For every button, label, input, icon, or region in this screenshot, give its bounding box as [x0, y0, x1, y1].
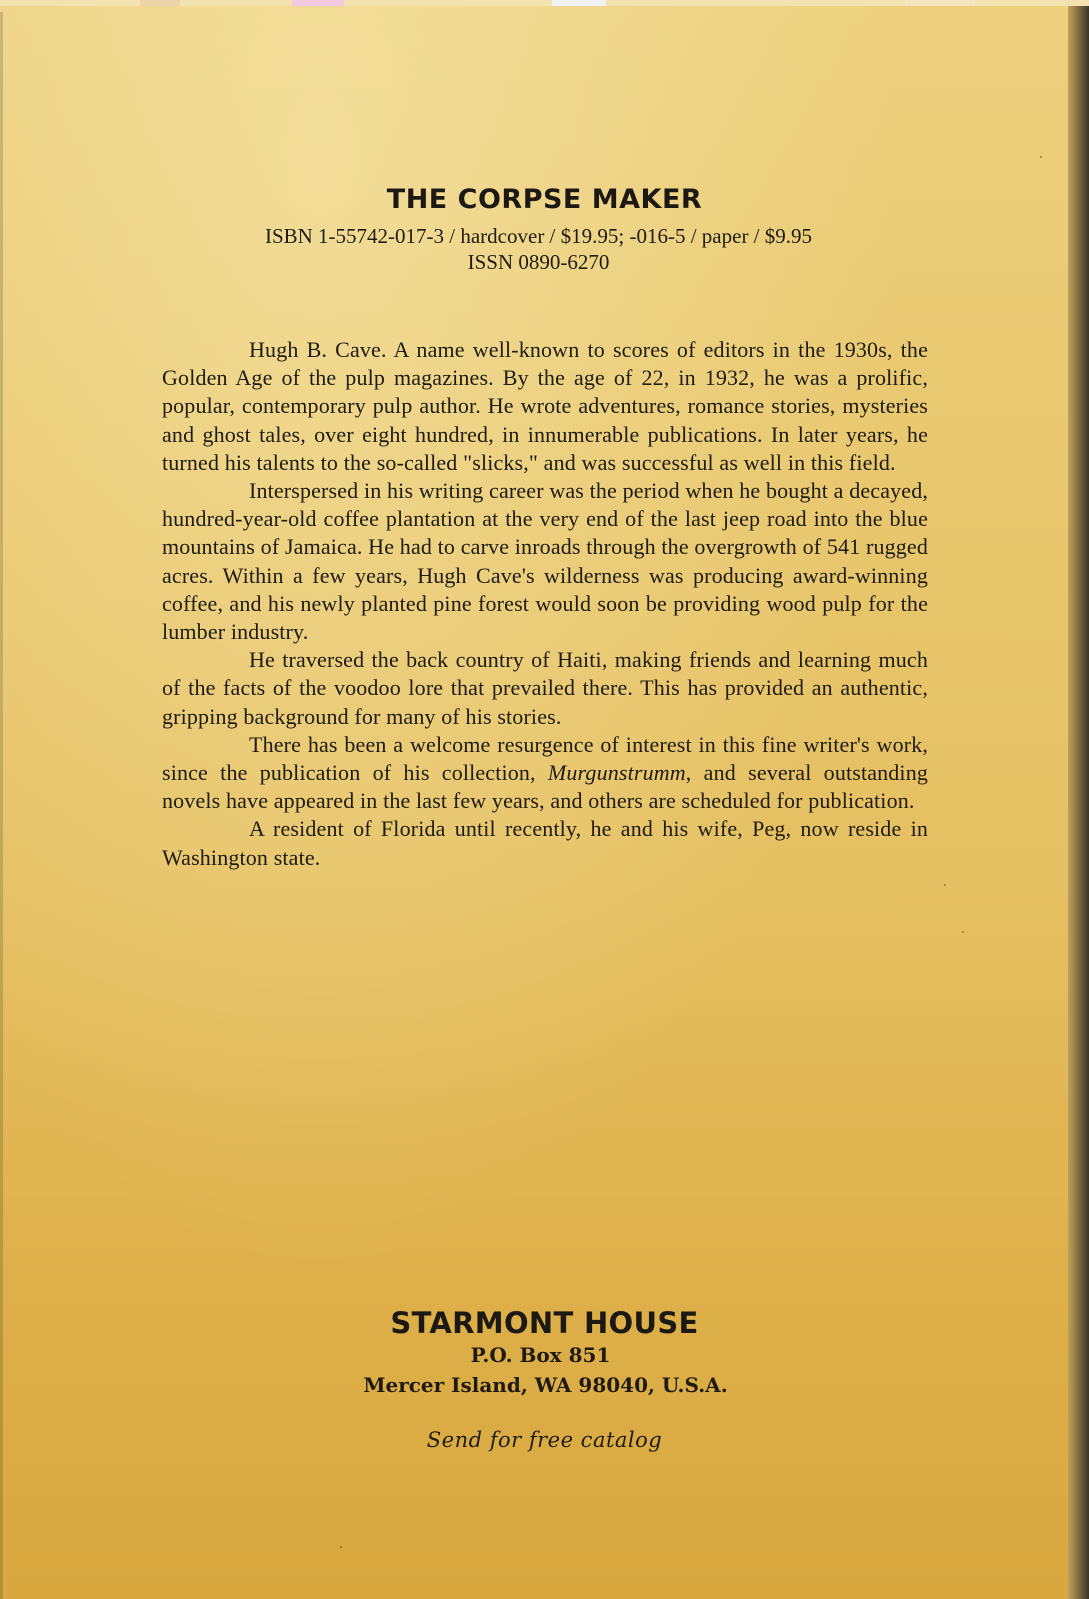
book-title: THE CORPSE MAKER [0, 184, 1089, 215]
publisher-name: STARMONT HOUSE [0, 1306, 1089, 1340]
bio-paragraph: Hugh B. Cave. A name well-known to score… [162, 336, 928, 477]
bio-paragraph: A resident of Florida until recently, he… [162, 815, 928, 871]
cover-right-edge-shadow [1068, 6, 1089, 1599]
paper-speck [944, 884, 946, 886]
book-title-reference: Murgunstrumm [548, 760, 686, 785]
paper-speck [962, 931, 964, 933]
book-back-cover: THE CORPSE MAKER ISBN 1-55742-017-3 / ha… [0, 6, 1068, 1599]
paper-speck [340, 1546, 342, 1548]
catalog-note: Send for free catalog [0, 1428, 1089, 1452]
paper-speck [1040, 156, 1042, 158]
author-biography: Hugh B. Cave. A name well-known to score… [162, 336, 928, 872]
isbn-line: ISBN 1-55742-017-3 / hardcover / $19.95;… [0, 224, 1083, 249]
publisher-address-line2: Mercer Island, WA 98040, U.S.A. [1, 1373, 1089, 1397]
bio-paragraph: He traversed the back country of Haiti, … [162, 646, 928, 731]
bio-paragraph: There has been a welcome resurgence of i… [162, 731, 928, 816]
bio-paragraph: Interspersed in his writing career was t… [162, 477, 928, 646]
issn-line: ISSN 0890-6270 [0, 250, 1083, 275]
publisher-address-line1: P.O. Box 851 [0, 1343, 1085, 1367]
